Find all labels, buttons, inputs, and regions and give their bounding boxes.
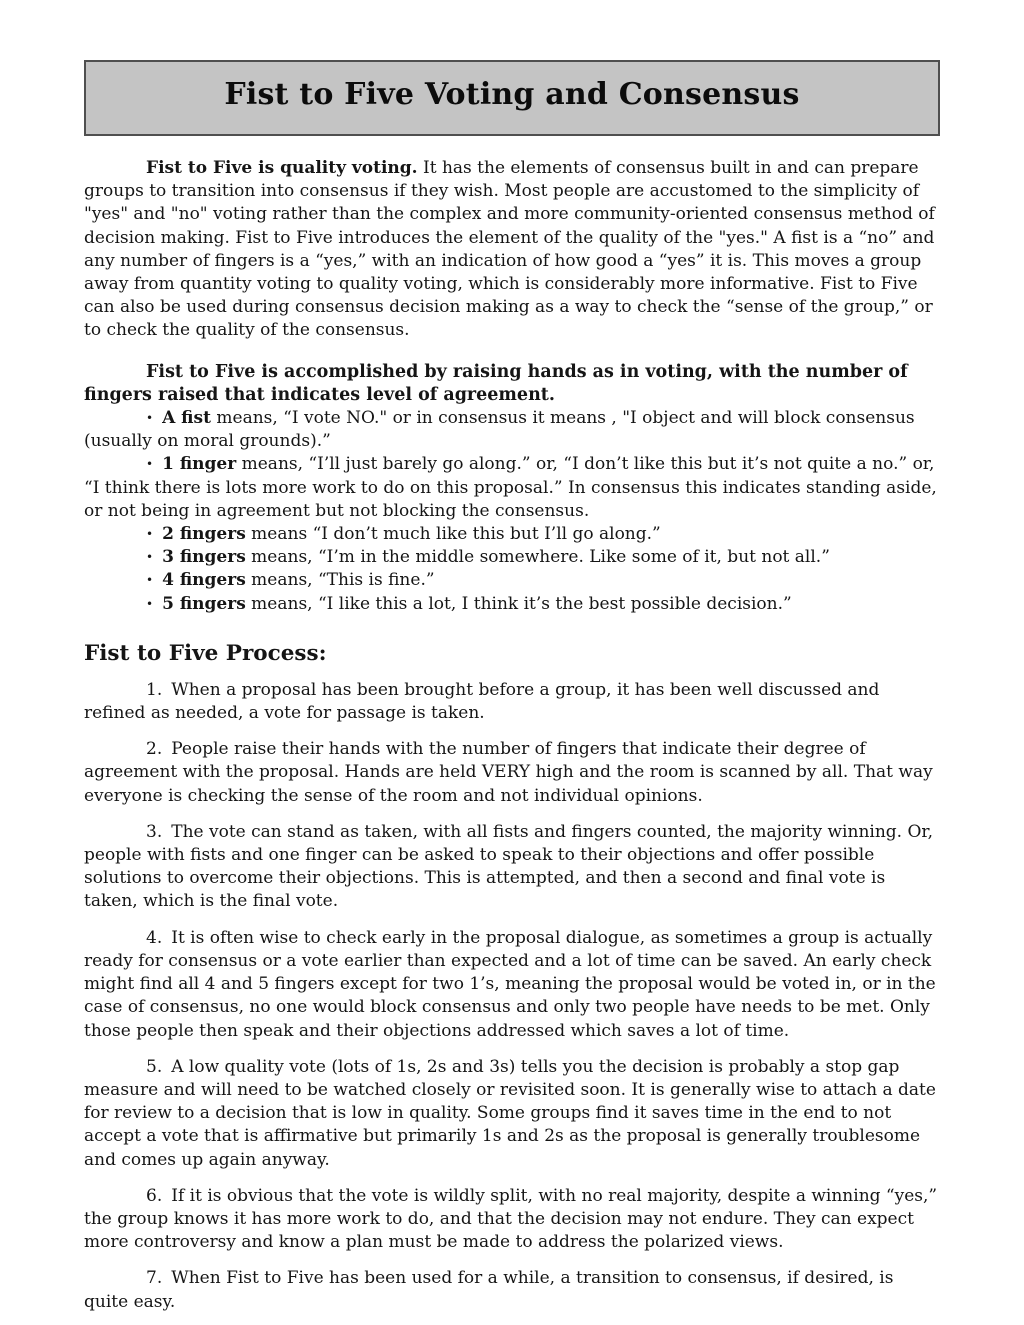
process-heading: Fist to Five Process: <box>84 641 940 666</box>
step-text: A low quality vote (lots of 1s, 2s and 3… <box>84 1057 936 1170</box>
list-item-fist: •A fist means, “I vote NO." or in consen… <box>84 407 940 453</box>
process-step-4: 4.It is often wise to check early in the… <box>84 927 940 1043</box>
list-item-4-fingers: •4 fingers means, “This is fine.” <box>84 569 940 592</box>
step-text: When Fist to Five has been used for a wh… <box>84 1268 893 1311</box>
bullet-icon: • <box>146 573 162 587</box>
bullet-icon: • <box>146 457 162 471</box>
list-item-label: A fist <box>162 408 211 428</box>
page-title: Fist to Five Voting and Consensus <box>224 77 799 112</box>
levels-heading: Fist to Five is accomplished by raising … <box>84 361 940 407</box>
step-number: 3. <box>146 822 171 842</box>
list-item-text: means, “I’m in the middle somewhere. Lik… <box>246 547 830 567</box>
process-step-3: 3.The vote can stand as taken, with all … <box>84 821 940 914</box>
list-item-1-finger: •1 finger means, “I’ll just barely go al… <box>84 453 940 523</box>
bullet-icon: • <box>146 550 162 564</box>
list-item-3-fingers: •3 fingers means, “I’m in the middle som… <box>84 546 940 569</box>
step-number: 7. <box>146 1268 171 1288</box>
intro-lead-bold: Fist to Five is quality voting. <box>146 158 418 178</box>
step-number: 6. <box>146 1186 171 1206</box>
document-page: Fist to Five Voting and Consensus Fist t… <box>0 0 1024 1325</box>
list-item-label: 3 fingers <box>162 547 246 567</box>
step-text: The vote can stand as taken, with all fi… <box>84 822 933 912</box>
list-item-text: means, “I like this a lot, I think it’s … <box>246 594 792 614</box>
step-number: 2. <box>146 739 171 759</box>
list-item-2-fingers: •2 fingers means “I don’t much like this… <box>84 523 940 546</box>
list-item-label: 5 fingers <box>162 594 246 614</box>
bullet-icon: • <box>146 597 162 611</box>
process-step-2: 2.People raise their hands with the numb… <box>84 738 940 808</box>
list-item-label: 2 fingers <box>162 524 246 544</box>
step-text: When a proposal has been brought before … <box>84 680 879 723</box>
step-number: 1. <box>146 680 171 700</box>
process-step-7: 7.When Fist to Five has been used for a … <box>84 1267 940 1313</box>
list-item-text: means, “This is fine.” <box>246 570 435 590</box>
step-text: If it is obvious that the vote is wildly… <box>84 1186 937 1252</box>
intro-paragraph: Fist to Five is quality voting. It has t… <box>84 157 940 343</box>
process-step-6: 6.If it is obvious that the vote is wild… <box>84 1185 940 1255</box>
step-number: 4. <box>146 928 171 948</box>
intro-body-text: It has the elements of consensus built i… <box>84 158 935 340</box>
step-text: It is often wise to check early in the p… <box>84 928 936 1041</box>
title-box: Fist to Five Voting and Consensus <box>84 60 940 136</box>
process-step-1: 1.When a proposal has been brought befor… <box>84 679 940 725</box>
bullet-icon: • <box>146 411 162 425</box>
process-step-5: 5.A low quality vote (lots of 1s, 2s and… <box>84 1056 940 1172</box>
list-item-label: 4 fingers <box>162 570 246 590</box>
list-item-text: means “I don’t much like this but I’ll g… <box>246 524 661 544</box>
list-item-5-fingers: •5 fingers means, “I like this a lot, I … <box>84 593 940 616</box>
step-number: 5. <box>146 1057 171 1077</box>
step-text: People raise their hands with the number… <box>84 739 933 805</box>
bullet-icon: • <box>146 527 162 541</box>
list-item-label: 1 finger <box>162 454 236 474</box>
